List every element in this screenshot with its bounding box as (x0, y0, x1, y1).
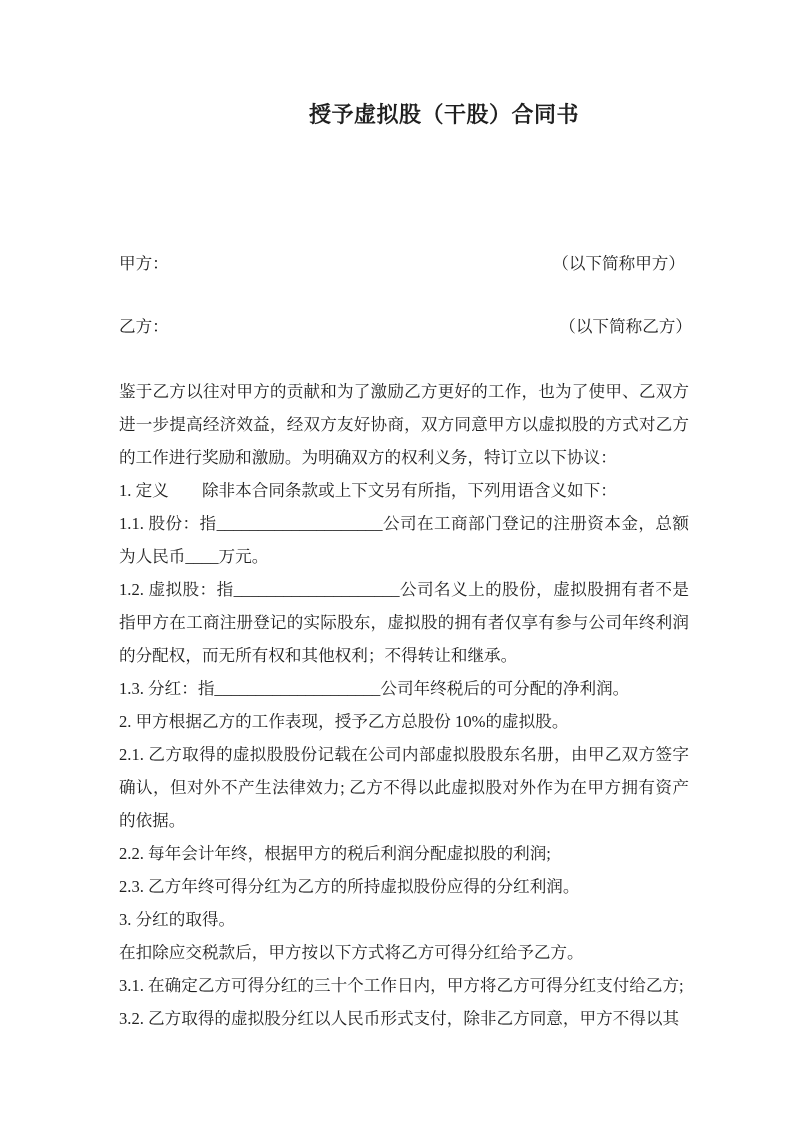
document-page: 授予虚拟股（干股）合同书 甲方： （以下简称甲方） 乙方： （以下简称乙方） 鉴… (0, 0, 794, 1123)
party-b-alias: （以下简称乙方） (559, 316, 692, 338)
clause-3-intro: 在扣除应交税款后，甲方按以下方式将乙方可得分红给予乙方。 (119, 936, 689, 969)
clause-2-2-annual-distribution: 2.2. 每年会计年终，根据甲方的税后利润分配虚拟股的利润; (119, 837, 689, 870)
party-b-row: 乙方： （以下简称乙方） (119, 316, 685, 338)
clause-3-1-payment-term: 3.1. 在确定乙方可得分红的三十个工作日内，甲方将乙方可得分红支付给乙方; (119, 969, 689, 1002)
clause-1-1-shares: 1.1. 股份：指____________________公司在工商部门登记的注… (119, 507, 689, 573)
contract-body: 鉴于乙方以往对甲方的贡献和为了激励乙方更好的工作，也为了使甲、乙双方进一步提高经… (119, 375, 689, 1035)
document-title: 授予虚拟股（干股）合同书 (309, 98, 579, 129)
clause-3-2-payment-form: 3.2. 乙方取得的虚拟股分红以人民币形式支付，除非乙方同意，甲方不得以其 (119, 1002, 689, 1035)
clause-1-3-dividend: 1.3. 分红：指____________________公司年终税后的可分配的… (119, 672, 689, 705)
party-b-label: 乙方： (119, 316, 169, 338)
party-a-label: 甲方： (119, 253, 169, 275)
clause-3-dividend-acquisition: 3. 分红的取得。 (119, 903, 689, 936)
clause-2-3-dividend-entitlement: 2.3. 乙方年终可得分红为乙方的所持虚拟股份应得的分红利润。 (119, 870, 689, 903)
preamble: 鉴于乙方以往对甲方的贡献和为了激励乙方更好的工作，也为了使甲、乙双方进一步提高经… (119, 375, 689, 474)
party-a-alias: （以下简称甲方） (552, 253, 685, 275)
clause-1-2-virtual-shares: 1.2. 虚拟股：指____________________公司名义上的股份，虚… (119, 573, 689, 672)
clause-2-grant: 2. 甲方根据乙方的工作表现，授予乙方总股份 10%的虚拟股。 (119, 705, 689, 738)
party-a-row: 甲方： （以下简称甲方） (119, 253, 685, 275)
clause-2-1-register: 2.1. 乙方取得的虚拟股股份记载在公司内部虚拟股股东名册，由甲乙双方签字确认，… (119, 738, 689, 837)
clause-1-definitions: 1. 定义 除非本合同条款或上下文另有所指，下列用语含义如下： (119, 474, 689, 507)
